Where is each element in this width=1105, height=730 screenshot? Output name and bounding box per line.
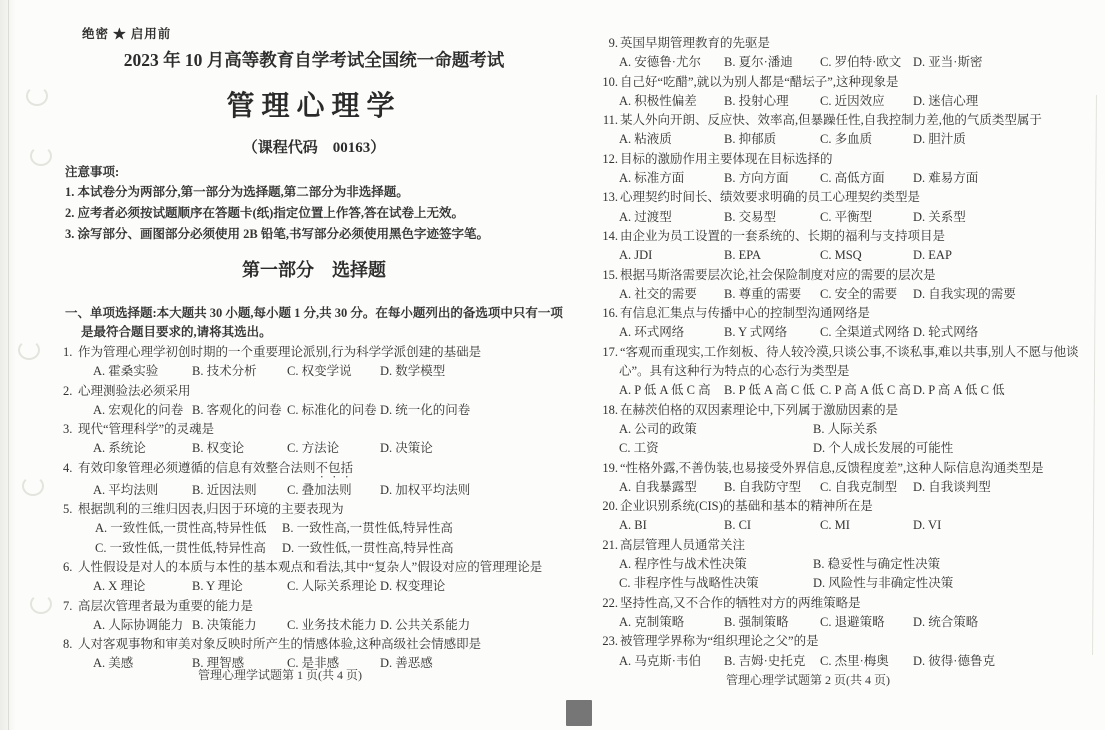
question-options: A. 环式网络B. Y 式网络C. 全渠道式网络D. 轮式网络: [598, 323, 1098, 342]
question-stem-line: 12.目标的激励作用主要体现在目标选择的: [598, 150, 1098, 169]
question-option-b: B. 决策能力: [192, 616, 287, 635]
question-stem-emphasis: 不包括: [316, 461, 354, 475]
question-option-c: C. 方法论: [287, 439, 380, 458]
question-number: 5.: [63, 500, 78, 519]
question-option-a: A. 积极性偏差: [619, 92, 724, 111]
question-number: 16.: [598, 304, 618, 323]
section-instruction-line: 是最符合题目要求的,请将其选出。: [65, 323, 563, 342]
question-stem: 高层次管理者最为重要的能力是: [78, 599, 253, 613]
question-option-d: D. 关系型: [913, 208, 1098, 227]
question-stem: 企业识别系统(CIS)的基础和基本的精神所在是: [620, 499, 873, 513]
notice-title: 注意事项:: [65, 162, 119, 180]
question-stem: 有信息汇集点与传播中心的控制型沟通网络是: [620, 306, 870, 320]
question-option-d: D. 统合策略: [913, 613, 1098, 632]
question-options: A. 积极性偏差B. 投射心理C. 近因效应D. 迷信心理: [598, 92, 1098, 111]
question-number: 7.: [63, 597, 78, 616]
question-options: A. P 低 A 低 C 高B. P 低 A 高 C 低C. P 高 A 低 C…: [598, 381, 1098, 400]
question-stem: 被管理学界称为“组织理论之父”的是: [620, 634, 819, 648]
question-option-b: B. 稳妥性与确定性决策: [813, 555, 1098, 574]
question-option-a: A. 霍桑实验: [93, 362, 192, 381]
question: 2.心理测验法必须采用A. 宏观化的问卷B. 客观化的问卷C. 标准化的问卷D.…: [60, 382, 568, 421]
question-option-a: A. 程序性与战术性决策: [619, 555, 813, 574]
question-option-a: A. P 低 A 低 C 高: [619, 381, 724, 400]
question-option-d: D. 亚当·斯密: [913, 53, 1098, 72]
question-number: 20.: [598, 497, 618, 516]
question: 18.在赫茨伯格的双因素理论中,下列属于激励因素的是A. 公司的政策B. 人际关…: [598, 401, 1098, 459]
question-stem-line: 16.有信息汇集点与传播中心的控制型沟通网络是: [598, 304, 1098, 323]
question-option-c: C. 一致性低,一贯性低,特异性高: [95, 539, 282, 558]
question-options: A. 宏观化的问卷B. 客观化的问卷C. 标准化的问卷D. 统一化的问卷: [60, 401, 568, 420]
question-stem-line: 3.现代“管理科学”的灵魂是: [60, 420, 568, 439]
question-stem: 在赫茨伯格的双因素理论中,下列属于激励因素的是: [620, 403, 898, 417]
question-stem-line: 9.英国早期管理教育的先驱是: [598, 34, 1098, 53]
question-stem: 心理测验法必须采用: [78, 384, 191, 398]
course-code: （课程代码 00163）: [60, 136, 568, 157]
question-option-d: D. 加权平均法则: [380, 481, 568, 500]
question-option-d: D. 个人成长发展的可能性: [813, 439, 1098, 458]
question-number: 22.: [598, 594, 618, 613]
question-option-d: D. 迷信心理: [913, 92, 1098, 111]
question-options: A. 系统论B. 权变论C. 方法论D. 决策论: [60, 439, 568, 458]
question-option-a: A. 系统论: [93, 439, 192, 458]
question-options: A. BIB. CIC. MID. VI: [598, 516, 1098, 535]
question-option-c: C. 罗伯特·欧文: [820, 53, 913, 72]
page-footer: 管理心理学试题第 1 页(共 4 页): [130, 666, 430, 683]
question-option-b: B. 权变论: [192, 439, 287, 458]
question: 19.“性格外露,不善伪装,也易接受外界信息,反馈程度差”,这种人际信息沟通类型…: [598, 459, 1098, 498]
question: 22.坚持性高,又不合作的牺牲对方的两维策略是A. 克制策略B. 强制策略C. …: [598, 594, 1098, 633]
question: 13.心理契约时间长、绩效要求明确的员工心理契约类型是A. 过渡型B. 交易型C…: [598, 188, 1098, 227]
question-option-b: B. 客观化的问卷: [192, 401, 287, 420]
question-option-c: C. 平衡型: [820, 208, 913, 227]
question-option-c: C. 叠加法则: [287, 481, 380, 500]
question-stem: 现代“管理科学”的灵魂是: [78, 422, 214, 436]
question-option-b: B. 抑郁质: [724, 130, 820, 149]
classification-banner: 绝密 ★ 启用前: [82, 24, 171, 42]
question-option-b: B. P 低 A 高 C 低: [724, 381, 820, 400]
question: 10.自己好“吃醋”,就以为别人都是“醋坛子”,这种现象是A. 积极性偏差B. …: [598, 73, 1098, 112]
question-stem-line: 8.人对客观事物和审美对象反映时所产生的情感体验,这种高级社会情感即是: [60, 635, 568, 654]
exam-session-title: 2023 年 10 月高等教育自学考试全国统一命题考试: [60, 47, 568, 72]
questions-left: 1.作为管理心理学初创时期的一个重要理论派别,行为科学学派创建的基础是A. 霍桑…: [60, 343, 568, 674]
subject-title: 管理心理学: [60, 84, 568, 124]
exam-page-2: 9.英国早期管理教育的先驱是A. 安德鲁·尤尔B. 夏尔·潘迪C. 罗伯特·欧文…: [598, 0, 1098, 730]
question-option-a: A. 平均法则: [93, 481, 192, 500]
question-number: 9.: [598, 34, 618, 53]
question-option-b: B. 投射心理: [724, 92, 820, 111]
question-options: A. 克制策略B. 强制策略C. 退避策略D. 统合策略: [598, 613, 1098, 632]
question-stem: 人对客观事物和审美对象反映时所产生的情感体验,这种高级社会情感即是: [78, 637, 481, 651]
question-option-c: C. MSQ: [820, 246, 913, 265]
question-options: A. JDIB. EPAC. MSQD. EAP: [598, 246, 1098, 265]
question-stem-line: 4.有效印象管理必须遵循的信息有效整合法则不包括: [60, 459, 568, 481]
question: 9.英国早期管理教育的先驱是A. 安德鲁·尤尔B. 夏尔·潘迪C. 罗伯特·欧文…: [598, 34, 1098, 73]
question-stem-line: 14.由企业为员工设置的一套系统的、长期的福利与支持项目是: [598, 227, 1098, 246]
question-option-b: B. 方向方面: [724, 169, 820, 188]
question-option-d: D. 难易方面: [913, 169, 1098, 188]
question-option-d: D. 胆汁质: [913, 130, 1098, 149]
question-option-c: C. 自我克制型: [820, 478, 913, 497]
question-stem: 由企业为员工设置的一套系统的、长期的福利与支持项目是: [620, 229, 945, 243]
question: 12.目标的激励作用主要体现在目标选择的A. 标准方面B. 方向方面C. 高低方…: [598, 150, 1098, 189]
question-stem-line: 2.心理测验法必须采用: [60, 382, 568, 401]
question-options: A. 标准方面B. 方向方面C. 高低方面D. 难易方面: [598, 169, 1098, 188]
question-stem-line: 22.坚持性高,又不合作的牺牲对方的两维策略是: [598, 594, 1098, 613]
notice-list: 1. 本试卷分为两部分,第一部分为选择题,第二部分为非选择题。 2. 应考者必须…: [65, 182, 489, 245]
question-option-d: D. 一致性低,一贯性高,特异性高: [282, 539, 568, 558]
question-option-d: D. EAP: [913, 246, 1098, 265]
question-option-c: C. 权变学说: [287, 362, 380, 381]
question-number: 8.: [63, 635, 78, 654]
question: 17.“客观而重现实,工作刻板、待人较冷漠,只谈公事,不谈私事,难以共事,别人不…: [598, 343, 1098, 401]
question-options: A. 安德鲁·尤尔B. 夏尔·潘迪C. 罗伯特·欧文D. 亚当·斯密: [598, 53, 1098, 72]
punch-hole: [22, 476, 44, 496]
question-option-b: B. 强制策略: [724, 613, 820, 632]
question: 23.被管理学界称为“组织理论之父”的是A. 马克斯·韦伯B. 吉姆·史托克C.…: [598, 632, 1098, 671]
question-option-c: C. 高低方面: [820, 169, 913, 188]
notice-item: 1. 本试卷分为两部分,第一部分为选择题,第二部分为非选择题。: [65, 182, 489, 203]
question: 14.由企业为员工设置的一套系统的、长期的福利与支持项目是A. JDIB. EP…: [598, 227, 1098, 266]
question-stem: 英国早期管理教育的先驱是: [620, 36, 770, 50]
notice-item: 3. 涂写部分、画图部分必须使用 2B 铅笔,书写部分必须使用黑色字迹签字笔。: [65, 224, 489, 245]
question-stem-line: 6.人性假设是对人的本质与本性的基本观点和看法,其中“复杂人”假设对应的管理理论…: [60, 558, 568, 577]
question-option-d: D. 权变理论: [380, 577, 568, 596]
question-option-b: B. 一致性高,一贯性低,特异性高: [282, 519, 568, 538]
section-instruction: 一、单项选择题:本大题共 30 小题,每小题 1 分,共 30 分。在每小题列出…: [65, 304, 563, 343]
question-option-a: A. 社交的需要: [619, 285, 724, 304]
punch-hole: [18, 340, 40, 360]
question-option-c: C. 工资: [619, 439, 813, 458]
question-stem: “性格外露,不善伪装,也易接受外界信息,反馈程度差”,这种人际信息沟通类型是: [620, 461, 1044, 475]
question: 20.企业识别系统(CIS)的基础和基本的精神所在是A. BIB. CIC. M…: [598, 497, 1098, 536]
question: 16.有信息汇集点与传播中心的控制型沟通网络是A. 环式网络B. Y 式网络C.…: [598, 304, 1098, 343]
question-option-a: A. 人际协调能力: [93, 616, 192, 635]
question-number: 1.: [63, 343, 78, 362]
question-option-a: A. 安德鲁·尤尔: [619, 53, 724, 72]
question-option-a: A. 粘液质: [619, 130, 724, 149]
question-options: A. 公司的政策B. 人际关系C. 工资D. 个人成长发展的可能性: [598, 420, 1098, 459]
question-option-c: C. 杰里·梅奥: [820, 652, 913, 671]
question-number: 18.: [598, 401, 618, 420]
question-option-b: B. Y 理论: [192, 577, 287, 596]
question-options: A. 霍桑实验B. 技术分析C. 权变学说D. 数学模型: [60, 362, 568, 381]
question-option-a: A. 公司的政策: [619, 420, 813, 439]
question-stem-line: 18.在赫茨伯格的双因素理论中,下列属于激励因素的是: [598, 401, 1098, 420]
question: 4.有效印象管理必须遵循的信息有效整合法则不包括A. 平均法则B. 近因法则C.…: [60, 459, 568, 500]
question-stem-line: 17.“客观而重现实,工作刻板、待人较冷漠,只谈公事,不谈私事,难以共事,别人不…: [598, 343, 1098, 362]
question-option-b: B. 夏尔·潘迪: [724, 53, 820, 72]
question-number: 6.: [63, 558, 78, 577]
question-stem-line: 5.根据凯利的三维归因表,归因于环境的主要表现为: [60, 500, 568, 519]
question-options: A. 程序性与战术性决策B. 稳妥性与确定性决策C. 非程序性与战略性决策D. …: [598, 555, 1098, 594]
question-option-c: C. 退避策略: [820, 613, 913, 632]
question-option-a: A. 马克斯·韦伯: [619, 652, 724, 671]
question-stem-line: 7.高层次管理者最为重要的能力是: [60, 597, 568, 616]
question-stem-continued: 心”。具有这种行为特点的心态行为类型是: [598, 362, 1098, 381]
question-stem: 目标的激励作用主要体现在目标选择的: [620, 152, 833, 166]
question-option-b: B. 人际关系: [813, 420, 1098, 439]
question-option-d: D. 公共关系能力: [380, 616, 568, 635]
punch-hole: [30, 146, 52, 166]
question-number: 19.: [598, 459, 618, 478]
question-option-d: D. 自我实现的需要: [913, 285, 1098, 304]
question-option-c: C. 非程序性与战略性决策: [619, 574, 813, 593]
page-edge-line: [8, 0, 9, 730]
question-option-b: B. 自我防守型: [724, 478, 820, 497]
question-option-c: C. P 高 A 低 C 高: [820, 381, 913, 400]
question-stem-line: 21.高层管理人员通常关注: [598, 536, 1098, 555]
question-option-c: C. 多血质: [820, 130, 913, 149]
question-stem: 坚持性高,又不合作的牺牲对方的两维策略是: [620, 596, 861, 610]
question-option-d: D. 轮式网络: [913, 323, 1098, 342]
question: 6.人性假设是对人的本质与本性的基本观点和看法,其中“复杂人”假设对应的管理理论…: [60, 558, 568, 597]
questions-right: 9.英国早期管理教育的先驱是A. 安德鲁·尤尔B. 夏尔·潘迪C. 罗伯特·欧文…: [598, 34, 1098, 671]
question-option-a: A. 过渡型: [619, 208, 724, 227]
question-stem: 根据马斯洛需要层次论,社会保险制度对应的需要的层次是: [620, 268, 936, 282]
punch-hole: [30, 594, 52, 614]
question-number: 4.: [63, 459, 78, 478]
question-stem-line: 10.自己好“吃醋”,就以为别人都是“醋坛子”,这种现象是: [598, 73, 1098, 92]
question-stem-line: 13.心理契约时间长、绩效要求明确的员工心理契约类型是: [598, 188, 1098, 207]
question-option-c: C. 业务技术能力: [287, 616, 380, 635]
question-option-b: B. CI: [724, 516, 820, 535]
question-option-c: C. 安全的需要: [820, 285, 913, 304]
notice-item: 2. 应考者必须按试题顺序在答题卡(纸)指定位置上作答,答在试卷上无效。: [65, 203, 489, 224]
question-option-a: A. BI: [619, 516, 724, 535]
question-number: 21.: [598, 536, 618, 555]
question-number: 15.: [598, 266, 618, 285]
question-option-b: B. Y 式网络: [724, 323, 820, 342]
question-options: A. 社交的需要B. 尊重的需要C. 安全的需要D. 自我实现的需要: [598, 285, 1098, 304]
question-options: A. 过渡型B. 交易型C. 平衡型D. 关系型: [598, 208, 1098, 227]
question-number: 23.: [598, 632, 618, 651]
question-stem: 高层管理人员通常关注: [620, 538, 745, 552]
question-option-a: A. 一致性低,一贯性高,特异性低: [95, 519, 282, 538]
question-option-b: B. 近因法则: [192, 481, 287, 500]
question-number: 3.: [63, 420, 78, 439]
question-option-b: B. EPA: [724, 246, 820, 265]
question-stem: 某人外向开朗、反应快、效率高,但暴躁任性,自我控制力差,他的气质类型属于: [620, 113, 1042, 127]
question-option-b: B. 交易型: [724, 208, 820, 227]
question-option-d: D. VI: [913, 516, 1098, 535]
question-stem: “客观而重现实,工作刻板、待人较冷漠,只谈公事,不谈私事,难以共事,别人不愿与他…: [620, 345, 1079, 359]
question-stem-line: 1.作为管理心理学初创时期的一个重要理论派别,行为科学学派创建的基础是: [60, 343, 568, 362]
question-option-b: B. 尊重的需要: [724, 285, 820, 304]
question-option-c: C. MI: [820, 516, 913, 535]
question-option-d: D. 统一化的问卷: [380, 401, 568, 420]
question: 15.根据马斯洛需要层次论,社会保险制度对应的需要的层次是A. 社交的需要B. …: [598, 266, 1098, 305]
exam-page-1: 绝密 ★ 启用前 2023 年 10 月高等教育自学考试全国统一命题考试 管理心…: [60, 0, 568, 730]
question-number: 14.: [598, 227, 618, 246]
question-options: A. 一致性低,一贯性高,特异性低B. 一致性高,一贯性低,特异性高C. 一致性…: [60, 519, 568, 558]
question-stem: 人性假设是对人的本质与本性的基本观点和看法,其中“复杂人”假设对应的管理理论是: [78, 560, 542, 574]
question-options: A. 马克斯·韦伯B. 吉姆·史托克C. 杰里·梅奥D. 彼得·德鲁克: [598, 652, 1098, 671]
question-option-d: D. 风险性与非确定性决策: [813, 574, 1098, 593]
question-option-a: A. JDI: [619, 246, 724, 265]
question-option-d: D. 决策论: [380, 439, 568, 458]
punch-hole: [26, 86, 48, 106]
question-stem: 自己好“吃醋”,就以为别人都是“醋坛子”,这种现象是: [620, 75, 898, 89]
question: 1.作为管理心理学初创时期的一个重要理论派别,行为科学学派创建的基础是A. 霍桑…: [60, 343, 568, 382]
question-number: 10.: [598, 73, 618, 92]
question: 21.高层管理人员通常关注A. 程序性与战术性决策B. 稳妥性与确定性决策C. …: [598, 536, 1098, 594]
question-options: A. 人际协调能力B. 决策能力C. 业务技术能力D. 公共关系能力: [60, 616, 568, 635]
question-number: 11.: [598, 111, 618, 130]
question-number: 12.: [598, 150, 618, 169]
part-title: 第一部分 选择题: [60, 256, 568, 282]
question-option-c: C. 人际关系理论: [287, 577, 380, 596]
question-option-d: D. 彼得·德鲁克: [913, 652, 1098, 671]
question-stem-line: 20.企业识别系统(CIS)的基础和基本的精神所在是: [598, 497, 1098, 516]
question: 3.现代“管理科学”的灵魂是A. 系统论B. 权变论C. 方法论D. 决策论: [60, 420, 568, 459]
question-option-d: D. 自我谈判型: [913, 478, 1098, 497]
section-instruction-line: 一、单项选择题:本大题共 30 小题,每小题 1 分,共 30 分。在每小题列出…: [65, 304, 563, 323]
question-stem: 作为管理心理学初创时期的一个重要理论派别,行为科学学派创建的基础是: [78, 345, 481, 359]
question-stem: 根据凯利的三维归因表,归因于环境的主要表现为: [78, 502, 344, 516]
question-option-a: A. 环式网络: [619, 323, 724, 342]
question: 11.某人外向开朗、反应快、效率高,但暴躁任性,自我控制力差,他的气质类型属于A…: [598, 111, 1098, 150]
question: 7.高层次管理者最为重要的能力是A. 人际协调能力B. 决策能力C. 业务技术能…: [60, 597, 568, 636]
question-number: 2.: [63, 382, 78, 401]
question-option-a: A. 克制策略: [619, 613, 724, 632]
question-stem-line: 23.被管理学界称为“组织理论之父”的是: [598, 632, 1098, 651]
question-option-b: B. 吉姆·史托克: [724, 652, 820, 671]
question-options: A. 平均法则B. 近因法则C. 叠加法则D. 加权平均法则: [60, 481, 568, 500]
question-option-c: C. 近因效应: [820, 92, 913, 111]
question-option-a: A. 标准方面: [619, 169, 724, 188]
question-number: 17.: [598, 343, 618, 362]
question-options: A. X 理论B. Y 理论C. 人际关系理论D. 权变理论: [60, 577, 568, 596]
question-options: A. 粘液质B. 抑郁质C. 多血质D. 胆汁质: [598, 130, 1098, 149]
question-option-b: B. 技术分析: [192, 362, 287, 381]
question-option-d: D. P 高 A 低 C 低: [913, 381, 1098, 400]
question-number: 13.: [598, 188, 618, 207]
question-option-d: D. 数学模型: [380, 362, 568, 381]
question-option-a: A. 自我暴露型: [619, 478, 724, 497]
question-stem: 有效印象管理必须遵循的信息有效整合法则: [78, 461, 316, 475]
page-footer: 管理心理学试题第 2 页(共 4 页): [658, 671, 958, 688]
question-option-a: A. 宏观化的问卷: [93, 401, 192, 420]
question-stem-line: 15.根据马斯洛需要层次论,社会保险制度对应的需要的层次是: [598, 266, 1098, 285]
question-option-c: C. 标准化的问卷: [287, 401, 380, 420]
question: 5.根据凯利的三维归因表,归因于环境的主要表现为A. 一致性低,一贯性高,特异性…: [60, 500, 568, 558]
question-stem-line: 19.“性格外露,不善伪装,也易接受外界信息,反馈程度差”,这种人际信息沟通类型…: [598, 459, 1098, 478]
question-stem: 心理契约时间长、绩效要求明确的员工心理契约类型是: [620, 190, 920, 204]
question-option-c: C. 全渠道式网络: [820, 323, 913, 342]
binding-mark: [566, 700, 592, 726]
question-options: A. 自我暴露型B. 自我防守型C. 自我克制型D. 自我谈判型: [598, 478, 1098, 497]
question-option-a: A. X 理论: [93, 577, 192, 596]
question-stem-line: 11.某人外向开朗、反应快、效率高,但暴躁任性,自我控制力差,他的气质类型属于: [598, 111, 1098, 130]
